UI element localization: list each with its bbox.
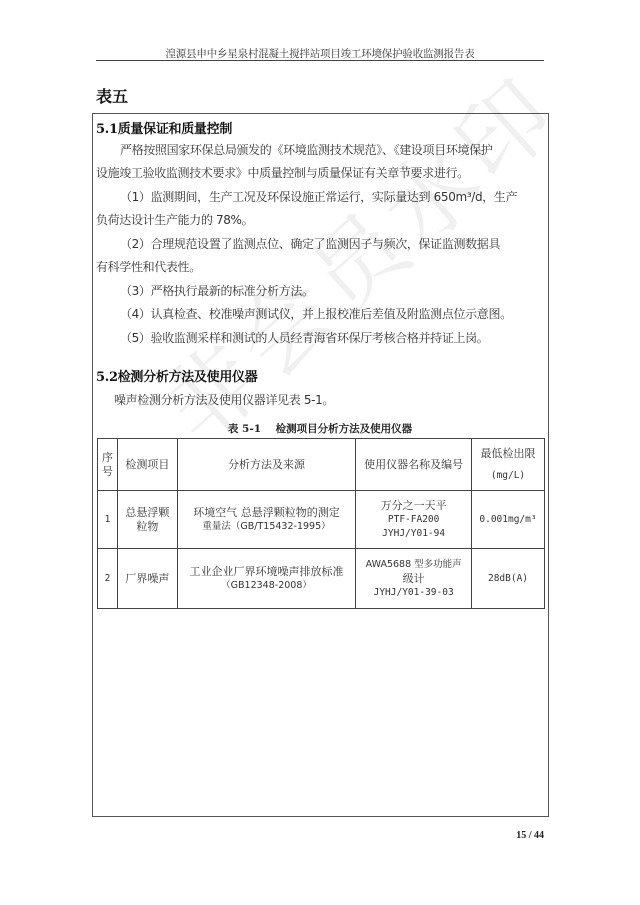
list-item-4: （4）认真检查、校准噪声测试仪，并上报校准后差值及附监测点位示意图。 bbox=[96, 303, 544, 327]
methods-table: 序 号 检测项目 分析方法及来源 使用仪器名称及编号 最低检出限 (mg/L) … bbox=[97, 438, 545, 609]
cell-instrument-line2: 级计 bbox=[359, 572, 468, 586]
header-limit: 最低检出限 (mg/L) bbox=[472, 439, 545, 491]
paragraph-intro-line1: 严格按照国家环保总局颁发的《环境监测技术规范》、《建设项目环境保护 bbox=[96, 139, 544, 163]
cell-method-line2: （GB12348-2008） bbox=[181, 579, 353, 593]
header-method: 分析方法及来源 bbox=[177, 439, 356, 491]
cell-item-line1: 总悬浮颗 bbox=[121, 506, 174, 520]
paragraph-intro-line2: 设施竣工验收监测技术要求》中质量控制与质量保证有关章节要求进行。 bbox=[96, 162, 544, 186]
table-label: 表五 bbox=[96, 84, 128, 107]
list-item-2-line1: （2）合理规范设置了监测点位、确定了监测因子与频次，保证监测数据具 bbox=[96, 233, 544, 257]
section-heading-5-2: 5.2检测分析方法及使用仪器 bbox=[96, 366, 257, 385]
paragraph-5-2-intro: 噪声检测分析方法及使用仪器详见表 5-1。 bbox=[96, 389, 544, 413]
cell-instrument-line1: AWA5688 型多功能声 bbox=[359, 558, 468, 572]
cell-method-line1: 工业企业厂界环境噪声排放标准 bbox=[181, 565, 353, 579]
list-item-3: （3）严格执行最新的标准分析方法。 bbox=[96, 280, 544, 304]
header-seq-line1: 序 bbox=[101, 451, 114, 465]
cell-method: 工业企业厂界环境噪声排放标准 （GB12348-2008） bbox=[177, 549, 356, 609]
cell-instrument-line3: JYHJ/Y01-39-03 bbox=[359, 586, 468, 600]
cell-method-line1: 环境空气 总悬浮颗粒物的测定 bbox=[181, 506, 353, 520]
cell-instrument-line3: JYHJ/Y01-94 bbox=[359, 527, 468, 541]
cell-limit: 0.001mg/m³ bbox=[472, 491, 545, 549]
list-item-1-line2: 负荷达设计生产能力的 78%。 bbox=[96, 209, 544, 233]
cell-item: 总悬浮颗 粒物 bbox=[117, 491, 177, 549]
table-row: 1 总悬浮颗 粒物 环境空气 总悬浮颗粒物的测定 重量法（GB/T15432-1… bbox=[98, 491, 545, 549]
list-item-1-line1: （1）监测期间，生产工况及环保设施正常运行，实际量达到 650m³/d，生产 bbox=[96, 186, 544, 210]
table-header-row: 序 号 检测项目 分析方法及来源 使用仪器名称及编号 最低检出限 (mg/L) bbox=[98, 439, 545, 491]
cell-item-line2: 粒物 bbox=[121, 520, 174, 534]
cell-limit: 28dB(A) bbox=[472, 549, 545, 609]
header-seq: 序 号 bbox=[98, 439, 118, 491]
header-rule bbox=[96, 60, 544, 61]
cell-instrument: AWA5688 型多功能声 级计 JYHJ/Y01-39-03 bbox=[356, 549, 472, 609]
cell-method: 环境空气 总悬浮颗粒物的测定 重量法（GB/T15432-1995） bbox=[177, 491, 356, 549]
header-limit-line2: (mg/L) bbox=[475, 469, 541, 483]
header-limit-line1: 最低检出限 bbox=[475, 447, 541, 461]
cell-instrument-line2: PTF-FA200 bbox=[359, 513, 468, 527]
cell-seq: 2 bbox=[98, 549, 118, 609]
list-item-5: （5）验收监测采样和测试的人员经青海省环保厅考核合格并持证上岗。 bbox=[96, 327, 544, 351]
table-row: 2 厂界噪声 工业企业厂界环境噪声排放标准 （GB12348-2008） AWA… bbox=[98, 549, 545, 609]
cell-seq: 1 bbox=[98, 491, 118, 549]
cell-method-line2: 重量法（GB/T15432-1995） bbox=[181, 520, 353, 534]
header-item: 检测项目 bbox=[117, 439, 177, 491]
header-seq-line2: 号 bbox=[101, 465, 114, 479]
page-number: 15 / 44 bbox=[516, 830, 544, 841]
section-heading-5-1: 5.1质量保证和质量控制 bbox=[96, 118, 232, 137]
list-item-2-line2: 有科学性和代表性。 bbox=[96, 256, 544, 280]
cell-item: 厂界噪声 bbox=[117, 549, 177, 609]
cell-instrument-line1: 万分之一天平 bbox=[359, 499, 468, 513]
cell-instrument: 万分之一天平 PTF-FA200 JYHJ/Y01-94 bbox=[356, 491, 472, 549]
running-header-title: 湟源县申中乡星泉村混凝土搅拌站项目竣工环境保护验收监测报告表 bbox=[96, 46, 544, 61]
header-instrument: 使用仪器名称及编号 bbox=[356, 439, 472, 491]
table-caption: 表 5-1 检测项目分析方法及使用仪器 bbox=[96, 421, 544, 436]
